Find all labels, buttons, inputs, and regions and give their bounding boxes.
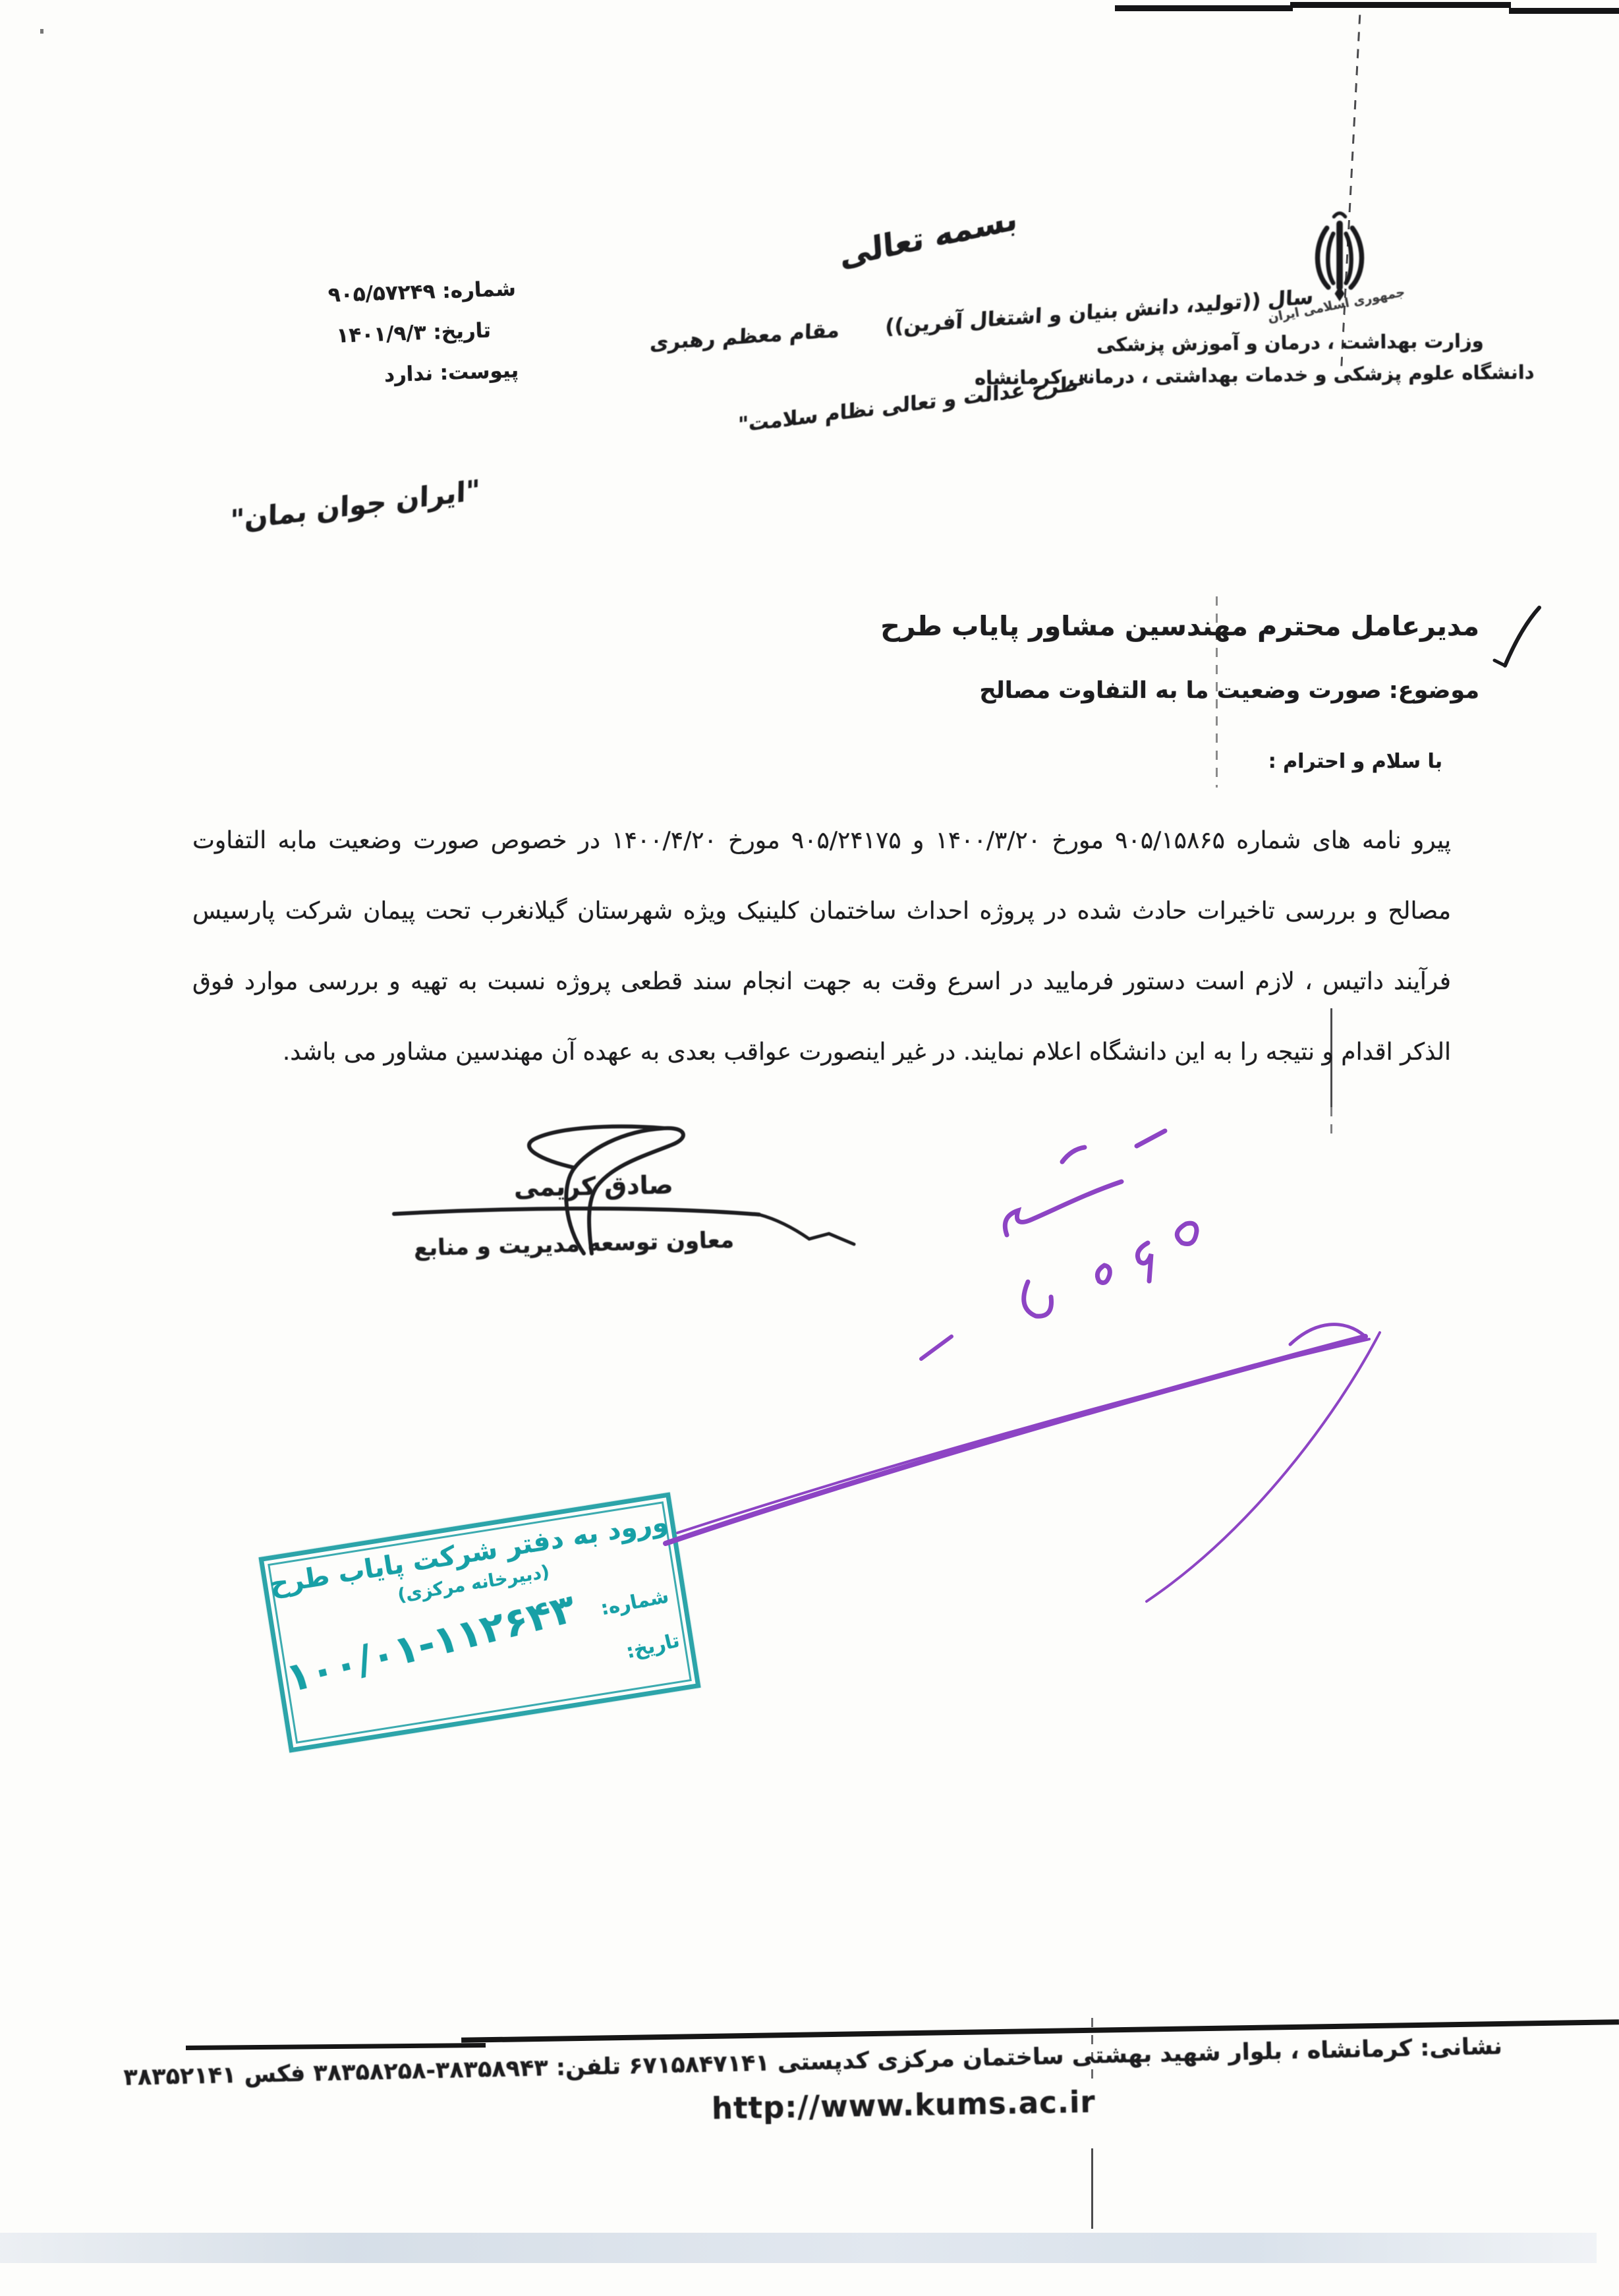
scanned-letter-page: جمهوری اسلامی ایران وزارت بهداشت ، درمان… [0,0,1619,2296]
letter-number-label: شماره: [442,277,517,303]
scan-edge-line [1115,5,1293,11]
scan-fold-line [1091,2148,1093,2229]
purple-check-swoosh [666,1325,1380,1601]
check-mark-icon [1494,608,1539,666]
signatory-name: صادق کریمی [514,1170,673,1202]
year-slogan: سال ((تولید، دانش بنیان و اشتغال آفرین)) [885,285,1314,339]
year-attribution: مقام معظم رهبری [650,318,840,355]
signatory-title: معاون توسعه مدیریت و منابع [414,1227,735,1262]
letter-date-label: تاریخ: [433,318,492,344]
recipient-line: مدیرعامل محترم مهندسین مشاور پایاب طرح [880,610,1479,642]
footer-rule [186,2043,486,2050]
health-plan-slogan: "طرح عدالت و تعالی نظام سلامت" [738,370,1089,438]
scan-bottom-band [0,2233,1597,2263]
letter-attachment-row: پیوست: ندارد [219,359,519,393]
letter-date-value: ۱۴۰۱/۹/۳ [336,321,426,348]
salutation: با سلام و احترام : [1268,750,1442,773]
ministry-name: وزارت بهداشت ، درمان و آموزش پزشکی [1096,330,1484,356]
letter-meta-block: شماره: ۹۰۵/۵۷۲۴۹ تاریخ: ۱۴۰۱/۹/۳ پیوست: … [215,277,519,393]
letter-date-row: تاریخ: ۱۴۰۱/۹/۳ [217,318,518,352]
subject-label: موضوع: [1389,677,1479,704]
letter-number-value: ۹۰۵/۵۷۲۴۹ [327,279,436,307]
subject-value: صورت وضعیت ما به التفاوت مصالح [979,677,1381,704]
letter-attachment-label: پیوست: [440,359,519,385]
footer-website: http://www.kums.ac.ir [712,2084,1094,2126]
registry-note-scribble [1005,1131,1197,1316]
letter-number-row: شماره: ۹۰۵/۵۷۲۴۹ [215,277,516,311]
subject-line: موضوع: صورت وضعیت ما به التفاوت مصالح [979,677,1479,704]
scan-fold-line [1330,1107,1332,1134]
scan-edge-line [1509,8,1619,14]
footer-address: نشانی: کرمانشاه ، بلوار شهید بهشتی ساختم… [191,2033,1502,2089]
youth-slogan: "ایران جوان بمان" [230,473,480,536]
letter-body: پیرو نامه های شماره ۹۰۵/۱۵۸۶۵ مورخ ۱۴۰۰/… [192,805,1451,1087]
scan-speck [40,29,43,34]
entry-stamp: ورود به دفتر شرکت پایاب طرح (دبیرخانه مر… [258,1492,700,1752]
bismillah: بسمه تعالی [839,200,1019,275]
scan-edge-line [1290,2,1511,8]
scan-fold-line [1340,14,1361,373]
letter-attachment-value: ندارد [383,362,433,387]
